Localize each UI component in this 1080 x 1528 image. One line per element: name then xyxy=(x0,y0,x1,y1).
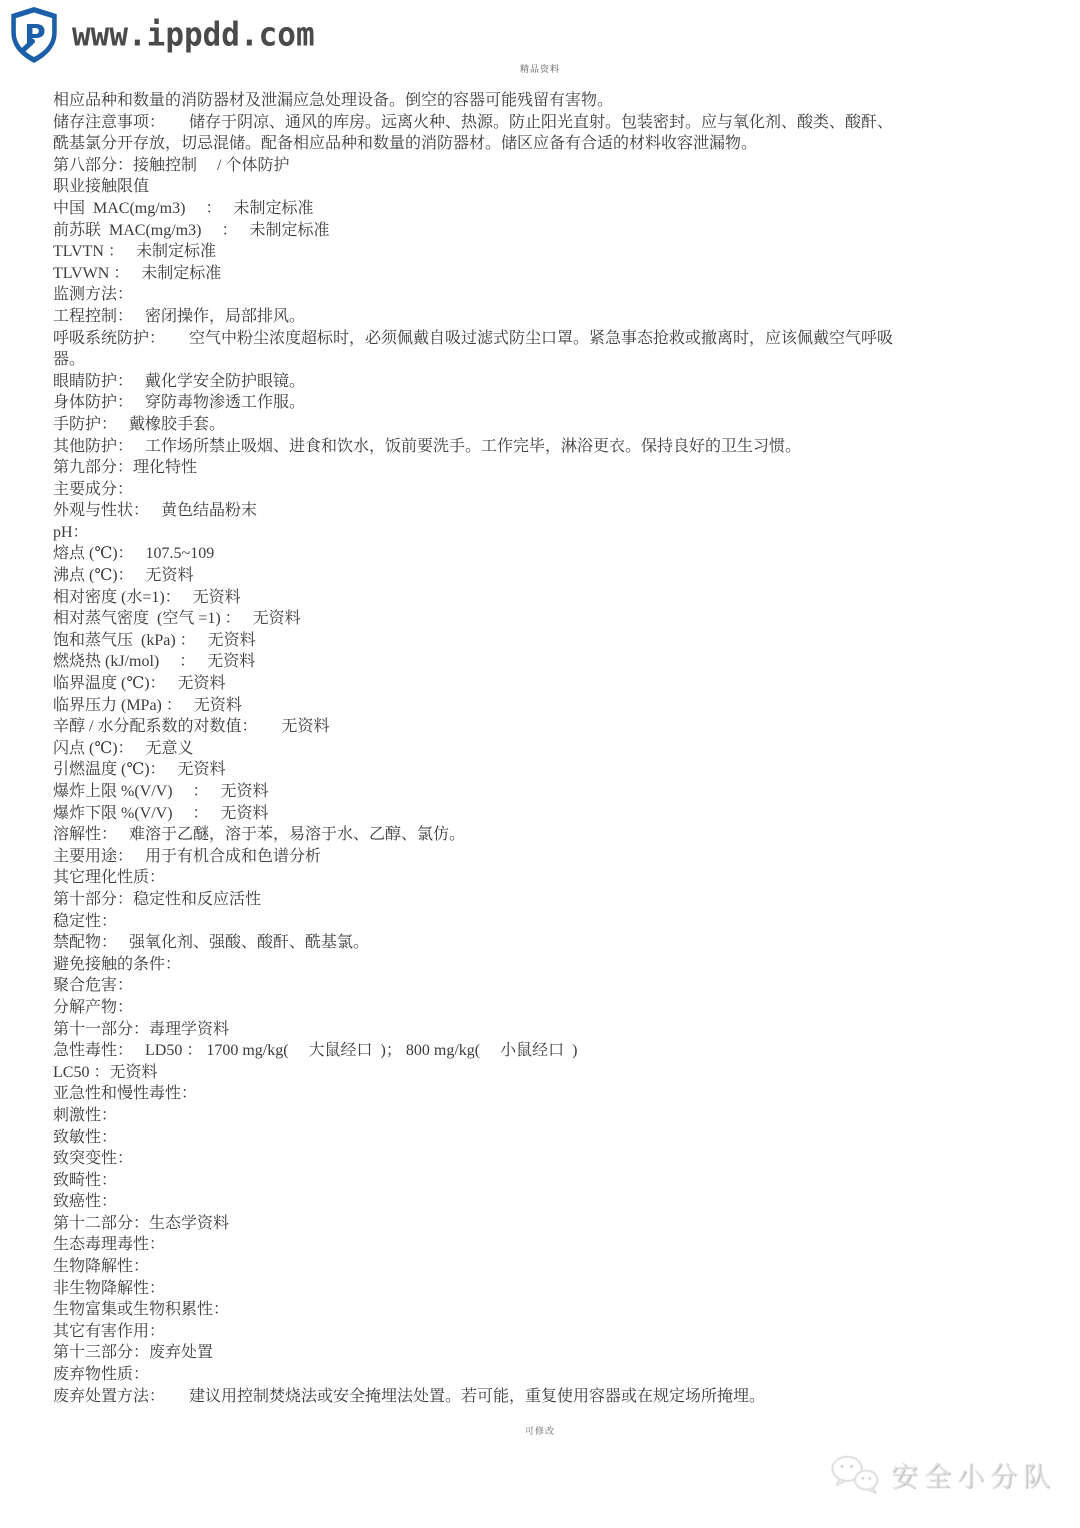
document-line: 避免接触的条件： xyxy=(53,954,1050,976)
document-line: 引燃温度 (℃)： 无资料 xyxy=(53,759,1050,781)
document-line: pH： xyxy=(53,522,1050,544)
document-line: 其它理化性质： xyxy=(53,867,1050,889)
document-line: LC50 ：无资料 xyxy=(53,1062,1050,1084)
document-line: 职业接触限值 xyxy=(53,176,1050,198)
shield-p-logo-icon: P xyxy=(8,6,60,64)
document-line: 主要成分： xyxy=(53,479,1050,501)
document-line: 相对蒸气密度 (空气 =1) ： 无资料 xyxy=(53,608,1050,630)
document-line: 外观与性状： 黄色结晶粉末 xyxy=(53,500,1050,522)
document-line: 相对密度 (水=1)： 无资料 xyxy=(53,587,1050,609)
document-line: 生物降解性： xyxy=(53,1256,1050,1278)
document-lines: 相应品种和数量的消防器材及泄漏应急处理设备。倒空的容器可能残留有害物。储存注意事… xyxy=(53,90,1050,1407)
document-line: 致畸性： xyxy=(53,1170,1050,1192)
wechat-icon xyxy=(829,1452,881,1496)
document-line: TLVWN ： 未制定标准 xyxy=(53,263,1050,285)
document-line: 身体防护： 穿防毒物渗透工作服。 xyxy=(53,392,1050,414)
document-line: 致突变性： xyxy=(53,1148,1050,1170)
watermark-label: 安全小分队 xyxy=(891,1455,1056,1494)
document-line: 第十部分：稳定性和反应活性 xyxy=(53,889,1050,911)
document-line: 手防护： 戴橡胶手套。 xyxy=(53,414,1050,436)
document-line: 储存注意事项： 储存于阴凉、通风的库房。远离火种、热源。防止阳光直射。包装密封。… xyxy=(53,112,1050,134)
document-line: 辛醇 / 水分配系数的对数值： 无资料 xyxy=(53,716,1050,738)
document-line: 工程控制： 密闭操作，局部排风。 xyxy=(53,306,1050,328)
document-line: 呼吸系统防护： 空气中粉尘浓度超标时，必须佩戴自吸过滤式防尘口罩。紧急事态抢救或… xyxy=(53,328,1050,350)
document-line: 第十一部分：毒理学资料 xyxy=(53,1019,1050,1041)
document-line: 相应品种和数量的消防器材及泄漏应急处理设备。倒空的容器可能残留有害物。 xyxy=(53,90,1050,112)
document-line: 临界压力 (MPa) ： 无资料 xyxy=(53,695,1050,717)
document-line: 中国 MAC(mg/m3) ： 未制定标准 xyxy=(53,198,1050,220)
document-line: 第十二部分：生态学资料 xyxy=(53,1213,1050,1235)
document-line: 熔点 (℃)： 107.5~109 xyxy=(53,543,1050,565)
document-line: 监测方法： xyxy=(53,284,1050,306)
document-line: 致敏性： xyxy=(53,1127,1050,1149)
document-body: 相应品种和数量的消防器材及泄漏应急处理设备。倒空的容器可能残留有害物。储存注意事… xyxy=(53,90,1050,1407)
document-line: 沸点 (℃)： 无资料 xyxy=(53,565,1050,587)
document-line: 废弃处置方法： 建议用控制焚烧法或安全掩埋法处置。若可能，重复使用容器或在规定场… xyxy=(53,1386,1050,1408)
document-line: 闪点 (℃)： 无意义 xyxy=(53,738,1050,760)
document-line: 聚合危害： xyxy=(53,975,1050,997)
document-line: 刺激性： xyxy=(53,1105,1050,1127)
document-line: 前苏联 MAC(mg/m3) ： 未制定标准 xyxy=(53,220,1050,242)
document-line: 禁配物： 强氧化剂、强酸、酸酐、酰基氯。 xyxy=(53,932,1050,954)
document-line: 其他防护： 工作场所禁止吸烟、进食和饮水，饭前要洗手。工作完毕，淋浴更衣。保持良… xyxy=(53,436,1050,458)
document-line: 爆炸上限 %(V/V) ： 无资料 xyxy=(53,781,1050,803)
document-line: 稳定性： xyxy=(53,911,1050,933)
site-header: P www.ippdd.com xyxy=(8,6,315,64)
doc-bottom-label: 可修改 xyxy=(0,1424,1080,1437)
document-line: 生态毒理毒性： xyxy=(53,1234,1050,1256)
document-line: 废弃物性质： xyxy=(53,1364,1050,1386)
document-line: 饱和蒸气压 (kPa) ： 无资料 xyxy=(53,630,1050,652)
doc-top-label: 精品资料 xyxy=(0,62,1080,75)
site-url-text: www.ippdd.com xyxy=(72,16,315,54)
document-line: 器。 xyxy=(53,349,1050,371)
document-line: 主要用途： 用于有机合成和色谱分析 xyxy=(53,846,1050,868)
document-line: 爆炸下限 %(V/V) ： 无资料 xyxy=(53,803,1050,825)
document-line: 第十三部分：废弃处置 xyxy=(53,1342,1050,1364)
document-line: 亚急性和慢性毒性： xyxy=(53,1083,1050,1105)
document-line: 第九部分：理化特性 xyxy=(53,457,1050,479)
document-line: 急性毒性： LD50 ： 1700 mg/kg( 大鼠经口 )； 800 mg/… xyxy=(53,1040,1050,1062)
document-line: 酰基氯分开存放，切忌混储。配备相应品种和数量的消防器材。储区应备有合适的材料收容… xyxy=(53,133,1050,155)
document-line: 其它有害作用： xyxy=(53,1321,1050,1343)
document-line: 眼睛防护： 戴化学安全防护眼镜。 xyxy=(53,371,1050,393)
document-line: 临界温度 (℃)： 无资料 xyxy=(53,673,1050,695)
document-line: 致癌性： xyxy=(53,1191,1050,1213)
watermark: 安全小分队 xyxy=(829,1452,1056,1496)
document-line: 生物富集或生物积累性： xyxy=(53,1299,1050,1321)
document-line: 溶解性： 难溶于乙醚，溶于苯，易溶于水、乙醇、氯仿。 xyxy=(53,824,1050,846)
document-line: 分解产物： xyxy=(53,997,1050,1019)
document-line: TLVTN ： 未制定标准 xyxy=(53,241,1050,263)
document-line: 燃烧热 (kJ/mol) ： 无资料 xyxy=(53,651,1050,673)
document-line: 非生物降解性： xyxy=(53,1278,1050,1300)
document-line: 第八部分：接触控制 / 个体防护 xyxy=(53,155,1050,177)
document-page: P www.ippdd.com 精品资料 相应品种和数量的消防器材及泄漏应急处理… xyxy=(0,0,1080,1528)
